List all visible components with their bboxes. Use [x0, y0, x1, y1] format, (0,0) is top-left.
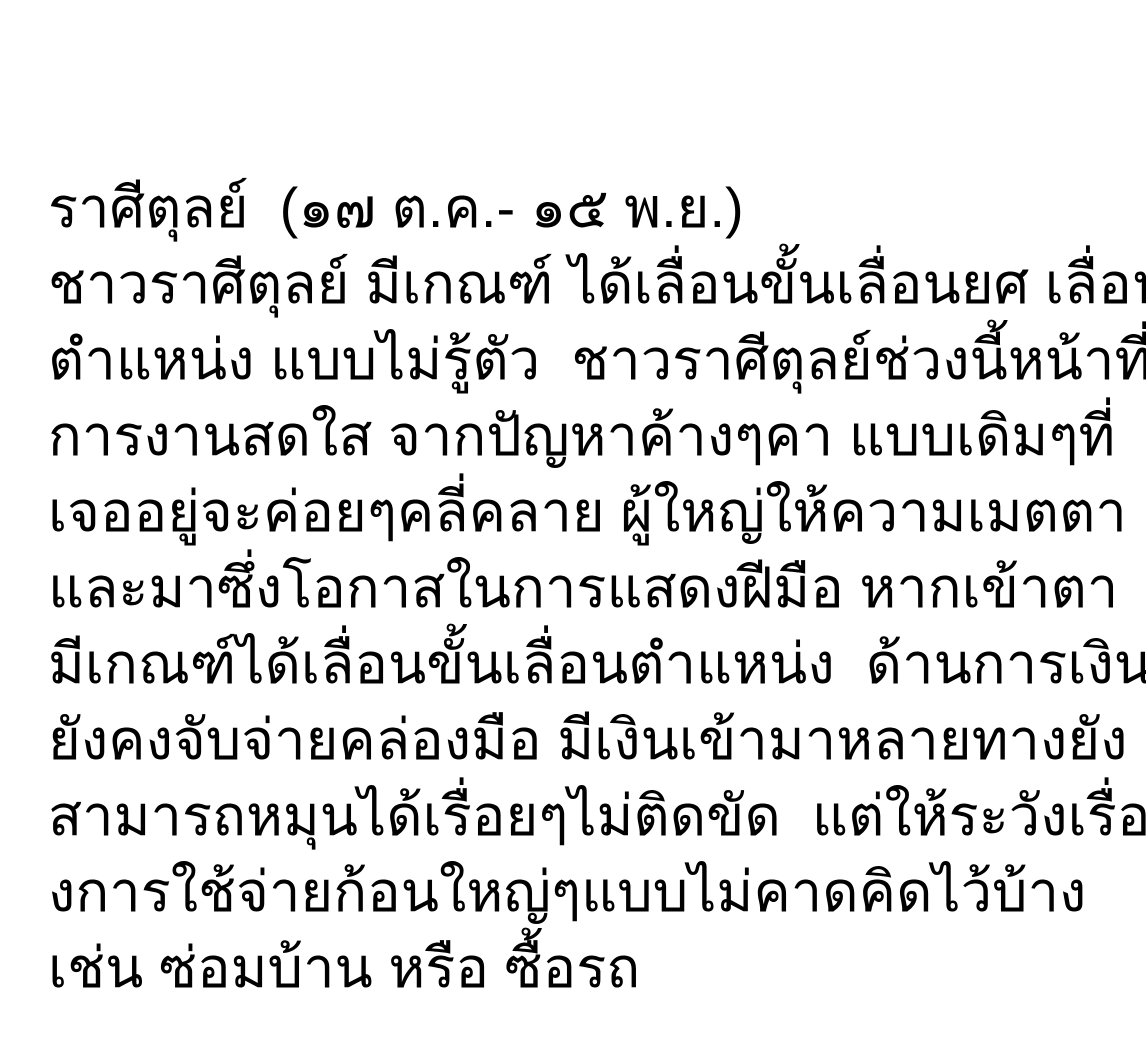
- horoscope-body-line: และมาซึ่งโอกาสในการแสดงฝีมือ หากเข้าตา: [48, 550, 1126, 626]
- horoscope-body-line: สามารถหมุนได้เรื่อยๆไม่ติดขัด แต่ให้ระวั…: [48, 778, 1126, 854]
- horoscope-body-line: เจออยู่จะค่อยๆคลี่คลาย ผู้ใหญ่ให้ความเมต…: [48, 474, 1126, 550]
- horoscope-body-line: เช่น ซ่อมบ้าน หรือ ซื้อรถ: [48, 930, 1126, 1006]
- horoscope-title-line: ราศีตุลย์ (๑๗ ต.ค.- ๑๕ พ.ย.): [48, 170, 1126, 246]
- horoscope-text-block: ราศีตุลย์ (๑๗ ต.ค.- ๑๕ พ.ย.) ชาวราศีตุลย…: [48, 170, 1126, 1006]
- horoscope-body-line: ชาวราศีตุลย์ มีเกณฑ์ ได้เลื่อนขั้นเลื่อน…: [48, 246, 1126, 322]
- horoscope-page: ราศีตุลย์ (๑๗ ต.ค.- ๑๕ พ.ย.) ชาวราศีตุลย…: [0, 0, 1146, 1059]
- horoscope-body-line: งการใช้จ่ายก้อนใหญ่ๆแบบไม่คาดคิดไว้บ้าง: [48, 854, 1126, 930]
- horoscope-body-line: การงานสดใส จากปัญหาค้างๆคา แบบเดิมๆที่: [48, 398, 1126, 474]
- horoscope-body-line: มีเกณฑ์ได้เลื่อนขั้นเลื่อนตำแหน่ง ด้านกา…: [48, 626, 1126, 702]
- horoscope-body-line: ตำแหน่ง แบบไม่รู้ตัว ชาวราศีตุลย์ช่วงนี้…: [48, 322, 1126, 398]
- horoscope-body-line: ยังคงจับจ่ายคล่องมือ มีเงินเข้ามาหลายทาง…: [48, 702, 1126, 778]
